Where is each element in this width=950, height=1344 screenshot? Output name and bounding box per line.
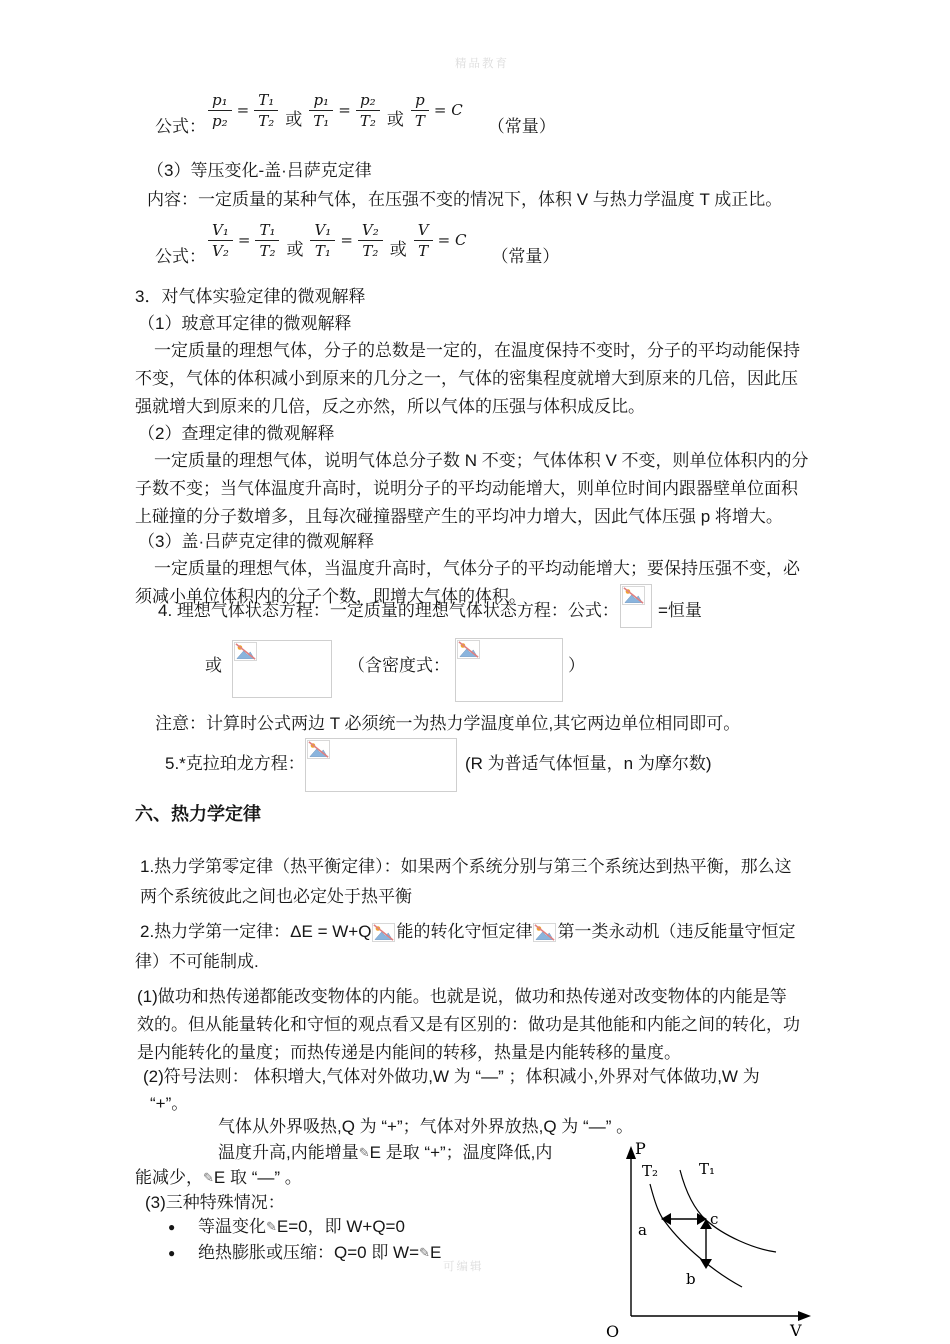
charles-subheading: （2）查理定律的微观解释: [138, 420, 334, 448]
operator: =: [238, 231, 251, 249]
first-law-text: 2.热力学第一定律：ΔE = W+Q: [140, 918, 371, 946]
fraction: V₁T₁: [310, 221, 335, 260]
point-a-label: a: [638, 1221, 647, 1239]
missing-formula-image[interactable]: [620, 584, 652, 628]
broken-image-icon[interactable]: [372, 923, 395, 942]
special-case-item: ●等温变化✎E=0，即 W+Q=0: [168, 1213, 405, 1241]
corrupt-delta-symbol: ✎: [359, 1145, 370, 1160]
pv-diagram: P V O T₂ T₁ a c b: [598, 1140, 828, 1344]
isotherm-t1-curve: [680, 1170, 776, 1252]
fraction: p₁p₂: [208, 91, 232, 130]
first-law-text: 能的转化守恒定律: [396, 918, 532, 946]
bullet-icon: ●: [168, 1213, 198, 1241]
or-word: 或: [285, 110, 302, 130]
sign-rule-line1: (2)符号法则： 体积增大,气体对外做功,W 为 “—” ；体积减小,外界对气体…: [143, 1063, 760, 1091]
corrupt-delta-symbol: ✎: [203, 1170, 214, 1185]
v-axis-label: V: [789, 1321, 802, 1340]
origin-label: O: [606, 1322, 619, 1341]
paragraph-line: 两个系统彼此之间也必定处于热平衡: [140, 882, 792, 912]
fraction: p₂T₂: [356, 91, 380, 130]
v-axis-arrowhead: [798, 1311, 811, 1321]
or-word: 或: [387, 110, 404, 130]
thermodynamics-heading: 六、热力学定律: [135, 800, 261, 826]
operator: =: [237, 101, 250, 119]
broken-image-icon: [457, 640, 480, 659]
zeroth-law-paragraph: 1.热力学第零定律（热平衡定律）：如果两个系统分别与第三个系统达到热平衡，那么这…: [140, 852, 792, 912]
pressure-formula-expression: p₁p₂=T₁T₂或p₁T₁=p₂T₂或pT= C: [206, 91, 466, 130]
fraction: T₁T₂: [254, 91, 278, 130]
paragraph-line: 不变，气体的体积减小到原来的几分之一，气体的密集程度就增大到原来的几倍，因此压: [135, 365, 800, 393]
isobaric-content: 内容：一定质量的某种气体，在压强不变的情况下，体积 V 与热力学温度 T 成正比…: [147, 186, 782, 214]
or-word: 或: [390, 240, 407, 260]
broken-image-icon: [622, 586, 645, 605]
first-law-line: 2.热力学第一定律：ΔE = W+Q 能的转化守恒定律 第一类永动机（违反能量守…: [140, 918, 795, 946]
density-formula-close: ）: [568, 652, 585, 680]
formula-label: 公式：: [155, 117, 206, 137]
missing-formula-image[interactable]: [305, 738, 457, 792]
heat-sign-line: 气体从外界吸热,Q 为 “+”；气体对外界放热,Q 为 “—” 。: [218, 1113, 633, 1141]
density-formula-label: （含密度式：: [348, 652, 450, 680]
first-law-text: 第一类永动机（违反能量守恒定: [557, 918, 795, 946]
temperature-text: 能减少，: [135, 1168, 203, 1187]
missing-formula-image[interactable]: [232, 640, 332, 698]
fraction: VT: [414, 221, 433, 260]
paragraph-line: 一定质量的理想气体，当温度升高时，气体分子的平均动能增大；要保持压强不变，必: [135, 555, 800, 583]
fraction: V₂T₂: [358, 221, 383, 260]
watermark-top: 精品教育: [455, 55, 509, 71]
corrupt-delta-symbol: ✎: [266, 1219, 277, 1234]
work-heat-paragraph: (1)做功和热传递都能改变物体的内能。也就是说，做功和热传递对改变物体的内能是等…: [137, 983, 800, 1067]
formula-constant-note: （常量）: [491, 247, 559, 267]
clapeyron-label: 5.*克拉珀龙方程：: [165, 750, 305, 778]
state-equation-constant: =恒量: [658, 597, 702, 625]
boyle-subheading: （1）玻意耳定律的微观解释: [138, 310, 351, 338]
paragraph-line: (1)做功和热传递都能改变物体的内能。也就是说，做功和热传递对改变物体的内能是等: [137, 983, 800, 1011]
temperature-text: 温度升高,内能增量: [218, 1143, 359, 1162]
paragraph-line: 一定质量的理想气体，说明气体总分子数 N 不变；气体体积 V 不变，则单位体积内…: [135, 447, 809, 475]
sign-rule-line2: “+”。: [150, 1090, 188, 1118]
formula-label: 公式：: [155, 247, 206, 267]
paragraph-line: 一定质量的理想气体，分子的总数是一定的，在温度保持不变时，分子的平均动能保持: [135, 337, 800, 365]
corrupt-delta-symbol: ✎: [419, 1245, 430, 1260]
t2-isotherm-label: T₂: [642, 1162, 658, 1180]
operator: = C: [434, 101, 463, 119]
or-word: 或: [205, 652, 222, 680]
first-law-line2: 律）不可能制成.: [135, 948, 259, 976]
t1-isotherm-label: T₁: [699, 1160, 715, 1178]
fraction: pT: [411, 91, 429, 130]
fraction: p₁T₁: [309, 91, 333, 130]
paragraph-line: 子数不变；当气体温度升高时，说明分子的平均动能增大，则单位时间内跟器壁单位面积: [135, 475, 809, 503]
point-c-label: c: [710, 1210, 718, 1228]
case-text: 等温变化: [198, 1217, 266, 1236]
temperature-text: E 取 “—” 。: [214, 1168, 302, 1187]
state-equation-note: 注意：计算时公式两边 T 必须统一为热力学温度单位,其它两边单位相同即可。: [155, 710, 740, 738]
temperature-text: E 是取 “+”；温度降低,内: [370, 1143, 553, 1162]
operator: = C: [438, 231, 467, 249]
operator: =: [340, 231, 353, 249]
temperature-sign-line: 温度升高,内能增量✎E 是取 “+”；温度降低,内: [218, 1139, 552, 1167]
micro-section-title: 3．对气体实验定律的微观解释: [135, 283, 365, 311]
or-word: 或: [286, 240, 303, 260]
pv-diagram-svg: P V O T₂ T₁ a c b: [598, 1140, 828, 1344]
clapeyron-tail: (R 为普适气体恒量，n 为摩尔数): [465, 750, 712, 778]
paragraph-line: 上碰撞的分子数增多，且每次碰撞器壁产生的平均冲力增大，因此气体压强 p 将增大。: [135, 503, 809, 531]
watermark-bottom: 可编辑: [443, 1258, 484, 1274]
case-text: E=0，即 W+Q=0: [277, 1217, 405, 1236]
paragraph-line: 效的。但从能量转化和守恒的观点看又是有区别的：做功是其他能和内能之间的转化，功: [137, 1011, 800, 1039]
fraction: T₁T₂: [255, 221, 279, 260]
point-b-label: b: [686, 1270, 696, 1288]
case-text: 绝热膨胀或压缩：Q=0 即 W=: [198, 1243, 419, 1262]
arrow-down-head: [700, 1259, 712, 1269]
case-text: E: [430, 1243, 441, 1262]
operator: =: [338, 101, 351, 119]
broken-image-icon[interactable]: [533, 923, 556, 942]
gaylussac-subheading: （3）盖·吕萨克定律的微观解释: [138, 528, 374, 556]
volume-formula-row: 公式： V₁V₂=T₁T₂或V₁T₁=V₂T₂或VT= C （常量）: [155, 213, 559, 267]
isobaric-heading: （3）等压变化-盖·吕萨克定律: [147, 157, 372, 185]
broken-image-icon: [234, 642, 257, 661]
special-case-item: ●绝热膨胀或压缩：Q=0 即 W=✎E: [168, 1239, 441, 1267]
pressure-formula-row: 公式： p₁p₂=T₁T₂或p₁T₁=p₂T₂或pT= C （常量）: [155, 83, 556, 137]
state-equation-line: 4. 理想气体状态方程：一定质量的理想气体状态方程：公式：: [158, 597, 619, 625]
missing-formula-image[interactable]: [455, 638, 563, 702]
p-axis-label: P: [635, 1140, 646, 1158]
fraction: V₁V₂: [208, 221, 233, 260]
temperature-sign-line2: 能减少，✎E 取 “—” 。: [135, 1164, 302, 1192]
boyle-paragraph: 一定质量的理想气体，分子的总数是一定的，在温度保持不变时，分子的平均动能保持 不…: [135, 337, 800, 421]
volume-formula-expression: V₁V₂=T₁T₂或V₁T₁=V₂T₂或VT= C: [206, 221, 469, 260]
paragraph-line: 强就增大到原来的几倍，反之亦然，所以气体的压强与体积成反比。: [135, 393, 800, 421]
paragraph-line: 1.热力学第零定律（热平衡定律）：如果两个系统分别与第三个系统达到热平衡，那么这: [140, 852, 792, 882]
broken-image-icon: [307, 740, 330, 759]
bullet-icon: ●: [168, 1239, 198, 1267]
charles-paragraph: 一定质量的理想气体，说明气体总分子数 N 不变；气体体积 V 不变，则单位体积内…: [135, 447, 809, 531]
document-page: 精品教育 可编辑 公式： p₁p₂=T₁T₂或p₁T₁=p₂T₂或pT= C （…: [0, 0, 950, 1344]
formula-constant-note: （常量）: [488, 117, 556, 137]
